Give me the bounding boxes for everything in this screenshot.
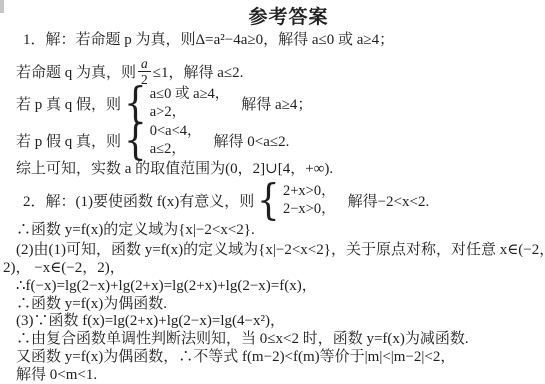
p2-monotonic-text: ∴由复合函数单调性判断法则知，当 0≤x<2 时，函数 y=f(x)为减函数. — [16, 330, 469, 348]
p1-conclusion-text: 综上可知，实数 a 的取值范围为(0，2]∪[4，+∞). — [16, 160, 333, 178]
p1-step4-prefix: 若 p 假 q 真，则 — [16, 130, 121, 151]
p2-domain-text: ∴函数 y=f(x)的定义域为{x|−2<x<2}. — [16, 221, 255, 239]
case-row: a>2， — [150, 103, 230, 121]
p2-final-answer-text: 解得 0<m<1. — [16, 366, 97, 384]
p2-part3-setup-text: (3)∵函数 f(x)=lg(2+x)+lg(2−x)=lg(4−x²)， — [16, 312, 285, 330]
p1-step4-suffix: 解得 0<a≤2. — [214, 130, 290, 151]
p2-step1-suffix: 解得−2<x<2. — [348, 190, 430, 211]
p2-step1-prefix: 2．解：(1)要使函数 f(x)有意义，则 — [23, 190, 254, 211]
page-title: 参考答案 — [16, 2, 545, 29]
p1-step4-system: 若 p 假 q 真，则 { 0<a<4， a≤2， 解得 0<a≤2. — [16, 121, 289, 159]
case-row: a≤0 或 a≥4， — [150, 85, 230, 103]
p2-part2-wrap-text: 2)， −x∈(−2，2)， — [3, 259, 125, 277]
p2-part2-setup-text: (2)由(1)可知，函数 y=f(x)的定义域为{x|−2<x<2}，关于原点对… — [16, 241, 545, 259]
p1-step1-text: 1．解：若命题 p 为真，则Δ=a²−4a≥0，解得 a≤0 或 a≥4； — [23, 31, 394, 49]
p1-step3-suffix: 解得 a≥4； — [241, 93, 312, 114]
case-row: 2+x>0， — [283, 182, 336, 200]
p1-step2-suffix: ≤1，解得 a≤2. — [153, 61, 244, 82]
p1-step3-system: 若 p 真 q 假，则 { a≤0 或 a≥4， a>2， 解得 a≥4； — [16, 84, 312, 122]
answer-sheet-page: { "symbols": { "brace": "{" }, "title": … — [0, 0, 545, 384]
fraction-numerator: a — [138, 56, 151, 72]
screenshot-edge-artifact — [0, 0, 4, 13]
p2-inequality-text: 又函数 y=f(x)为偶函数，∴不等式 f(m−2)<f(m)等价于|m|<|m… — [16, 348, 455, 366]
case-row: 0<a<4， — [150, 122, 202, 140]
p1-step3-cases: a≤0 或 a≥4， a>2， — [150, 85, 230, 121]
left-brace-icon: { — [124, 121, 147, 159]
p2-step1-cases: 2+x>0， 2−x>0， — [283, 182, 336, 218]
p1-step4-cases: 0<a<4， a≤2， — [150, 122, 202, 158]
left-brace-icon: { — [257, 181, 280, 219]
case-row: 2−x>0， — [283, 200, 336, 218]
p1-step3-prefix: 若 p 真 q 假，则 — [16, 93, 121, 114]
p2-step1-system: 2．解：(1)要使函数 f(x)有意义，则 { 2+x>0， 2−x>0， 解得… — [23, 181, 429, 219]
case-row: a≤2， — [150, 140, 202, 158]
p2-even-conclusion-text: ∴函数 y=f(x)为偶函数. — [16, 295, 167, 313]
p1-step2-prefix: 若命题 q 为真，则 — [16, 61, 136, 82]
p2-even-proof-text: ∴f(−x)=lg(2−x)+lg(2+x)=lg(2+x)+lg(2−x)=f… — [16, 277, 317, 295]
